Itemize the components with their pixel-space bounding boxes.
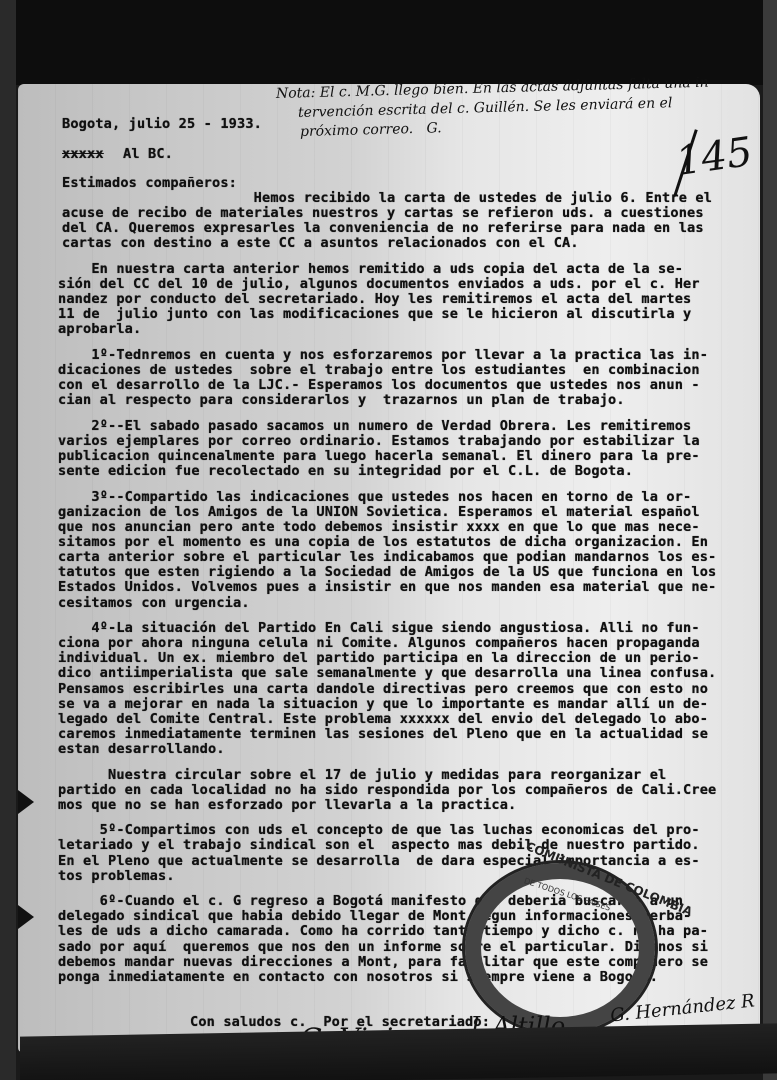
body-line: estan desarrollando. bbox=[58, 742, 225, 757]
body-line: nandez por conducto del secretariado. Ho… bbox=[58, 292, 691, 307]
margin-marker bbox=[18, 905, 34, 929]
body-line: cartas con destino a este CC a asuntos r… bbox=[62, 236, 579, 251]
body-line: individual. Un ex. miembro del partido p… bbox=[58, 651, 700, 666]
body-line: 3º--Compartido las indicaciones que uste… bbox=[58, 490, 691, 505]
body-line: 5º-Compartimos con uds el concepto de qu… bbox=[58, 823, 700, 838]
body-line: Pensamos escribirles una carta dandole d… bbox=[58, 682, 708, 697]
body-line: Nuestra circular sobre el 17 de julio y … bbox=[58, 768, 666, 783]
body-line: En el Pleno que actualmente se desarroll… bbox=[58, 854, 700, 869]
body-line: sitamos por el momento es una copia de l… bbox=[58, 535, 708, 550]
letter-date: Bogota, julio 25 - 1933. bbox=[62, 117, 262, 132]
body-line: que nos anuncian pero ante todo debemos … bbox=[58, 520, 700, 535]
body-line: tatutos que esten rigiendo a la Sociedad… bbox=[58, 565, 716, 580]
body-line: carta anterior sobre el particular les i… bbox=[58, 550, 716, 565]
body-line: partido en cada localidad no ha sido res… bbox=[58, 783, 716, 798]
body-line: En nuestra carta anterior hemos remitido… bbox=[58, 262, 683, 277]
body-line: varios ejemplares por correo ordinario. … bbox=[58, 434, 700, 449]
body-line: 11 de julio junto con las modificaciones… bbox=[58, 307, 691, 322]
body-line: 1º-Tednremos en cuenta y nos esforzaremo… bbox=[58, 348, 708, 363]
body-line: con el desarrollo de la LJC.- Esperamos … bbox=[58, 378, 700, 393]
body-line: legado del Comite Central. Este problema… bbox=[58, 712, 708, 727]
body-line: caremos inmediatamente terminen las sesi… bbox=[58, 727, 708, 742]
body-line: cesitamos con urgencia. bbox=[58, 596, 250, 611]
body-line: tos problemas. bbox=[58, 869, 175, 884]
body-line: aprobarla. bbox=[58, 322, 141, 337]
body-line: ganizacion de los Amigos de la UNION Sov… bbox=[58, 505, 700, 520]
body-line: Estados Unidos. Volvemos pues a insistir… bbox=[58, 580, 716, 595]
body-line: Hemos recibido la carta de ustedes de ju… bbox=[62, 191, 712, 206]
margin-marker bbox=[18, 790, 34, 814]
letter-recipient: Al BC. bbox=[123, 147, 173, 162]
scan-right-border bbox=[763, 0, 777, 1080]
body-line: letariado y el trabajo sindical son el a… bbox=[58, 838, 700, 853]
body-line: ciona por ahora ninguna celula ni Comite… bbox=[58, 636, 700, 651]
body-line: se va a mejorar en nada la situacion y q… bbox=[58, 697, 708, 712]
body-line: cian al respecto para considerarlos y tr… bbox=[58, 393, 625, 408]
body-line: dicaciones de ustedes sobre el trabajo e… bbox=[58, 363, 700, 378]
body-line: sión del CC del 10 de julio, algunos doc… bbox=[58, 277, 700, 292]
body-line: 4º-La situación del Partido En Cali sigu… bbox=[58, 621, 700, 636]
body-line: del CA. Queremos expresarles la convenie… bbox=[62, 221, 704, 236]
body-line: dico antiimperialista que sale semanalme… bbox=[58, 666, 716, 681]
scan-left-border bbox=[0, 0, 16, 1080]
body-line: mos que no se han esforzado por llevarla… bbox=[58, 798, 516, 813]
body-line: acuse de recibo de materiales nuestros y… bbox=[62, 206, 704, 221]
body-line: publicacion quincenalmente para luego ha… bbox=[58, 449, 700, 464]
body-line: sente edicion fue recolectado en su inte… bbox=[58, 464, 633, 479]
scan-top-border bbox=[0, 0, 777, 85]
body-line: Estimados compañeros: bbox=[62, 176, 237, 191]
struck-text: xxxxx bbox=[62, 147, 104, 162]
body-line: 2º--El sabado pasado sacamos un numero d… bbox=[58, 419, 691, 434]
